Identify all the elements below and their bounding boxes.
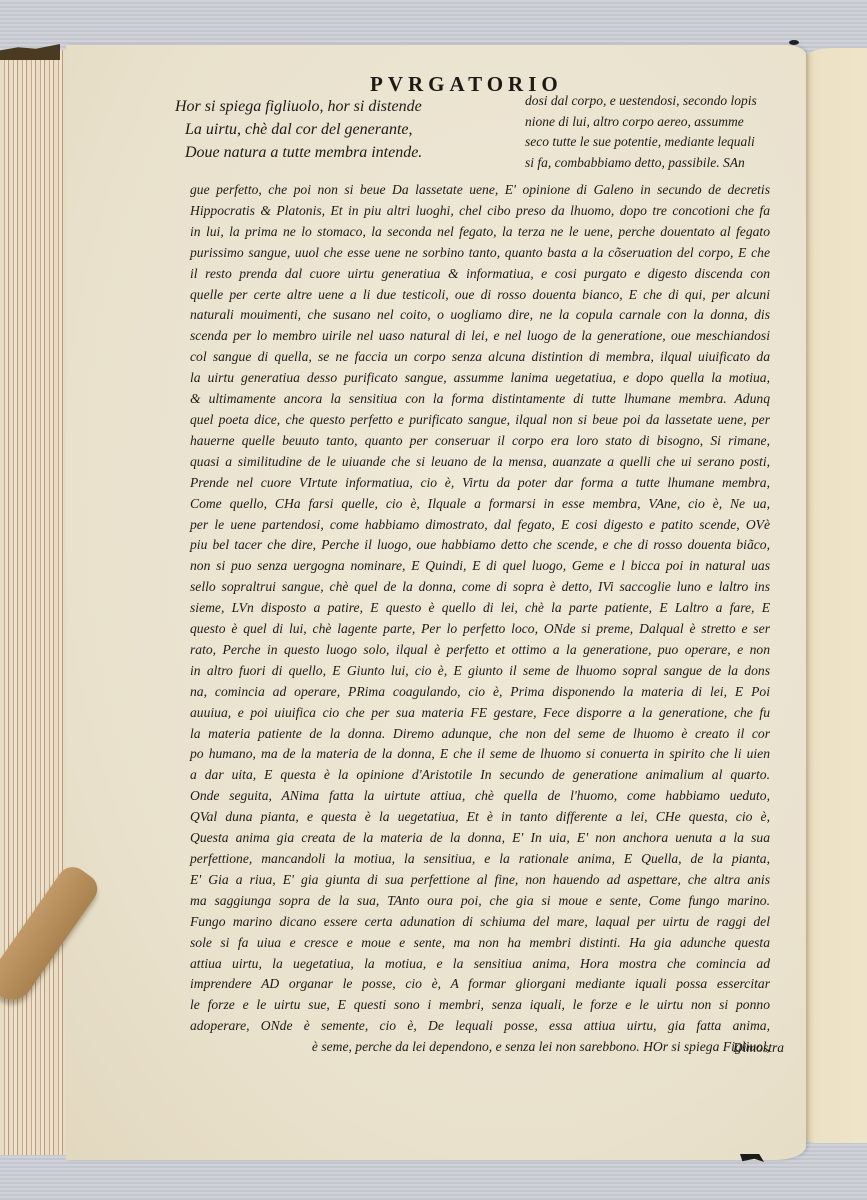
commentary-line: Hippocratis & Platonis, Et in piu altri … — [190, 201, 770, 222]
commentary-line: in lui, la prima ne lo stomaco, la secon… — [190, 222, 770, 243]
commentary-line: hauerne quelle beuuto tanto, quanto per … — [190, 431, 770, 452]
commentary-line: si fa, combabbiamo detto, passibile. SAn — [525, 153, 770, 174]
commentary-line: quel poeta dice, che questo perfetto e p… — [190, 410, 770, 431]
commentary-line: la materia patiente de la donna. Diremo … — [190, 724, 770, 745]
commentary-line: Onde seguita, ANima fatta la uirtute att… — [190, 786, 770, 807]
commentary-line: le forze e le uirtu sue, E questi sono i… — [190, 995, 770, 1016]
commentary-line: Prende nel cuore VIrtute informatiua, ci… — [190, 473, 770, 494]
commentary-line: il resto prenda dal cuore uirtu generati… — [190, 264, 770, 285]
commentary-line: sieme, LVn disposto a patire, E questo è… — [190, 598, 770, 619]
commentary-line: Fungo marino dicano essere certa adunati… — [190, 912, 770, 933]
commentary-line: ma saggiunga sopra de la sua, TAnto oura… — [190, 891, 770, 912]
commentary-line: quasi a similitudine de le uiuande che s… — [190, 452, 770, 473]
commentary-line: & ultimamente ancora la sensitiua con la… — [190, 389, 770, 410]
commentary-top-column: dosi dal corpo, e uestendosi, secondo lo… — [525, 91, 770, 173]
verse-line: Hor si spiega figliuolo, hor si distende — [175, 95, 505, 118]
commentary-line: piu bel tacer che dire, Perche il luogo,… — [190, 535, 770, 556]
commentary-line: sello sopraltrui sangue, chè quel de la … — [190, 577, 770, 598]
verse-line: Doue natura a tutte membra intende. — [175, 141, 505, 164]
commentary-line: perfettione, mancandoli la motiua, la se… — [190, 849, 770, 870]
commentary-line: nione di lui, altro corpo aereo, assumme — [525, 112, 770, 133]
commentary-line: rato, Perche in questo luogo solo, ilqua… — [190, 640, 770, 661]
commentary-line: imprendere AD organar le posse, cio è, A… — [190, 974, 770, 995]
commentary-line: la uirtu generatiua desso purificato san… — [190, 368, 770, 389]
ink-blot-top — [789, 40, 799, 45]
commentary-body: gue perfetto, che poi non si beue Da las… — [190, 180, 770, 1058]
commentary-line: naturali mouimenti, che susano nel coito… — [190, 305, 770, 326]
commentary-line: E' Gia a riua, E' gia giunta di sua perf… — [190, 870, 770, 891]
commentary-line: purissimo sangue, uuol che esse uene ne … — [190, 243, 770, 264]
commentary-line: na, comincia ad operare, PRima coaguland… — [190, 682, 770, 703]
commentary-line: Come quello, CHa farsi quelle, cio è, Il… — [190, 494, 770, 515]
commentary-line: non si puo senza uergogna nominare, E Qu… — [190, 556, 770, 577]
commentary-line: adoperare, ONde è semente, cio è, De leq… — [190, 1016, 770, 1037]
commentary-line: per le uene partendosi, come habbiamo di… — [190, 515, 770, 536]
commentary-line: scenda per lo membro uirile nel uaso nat… — [190, 326, 770, 347]
facing-page-edge — [805, 48, 867, 1143]
commentary-line: attiua uirtu, la uegetatiua, la motiua, … — [190, 954, 770, 975]
verse-block: Hor si spiega figliuolo, hor si distende… — [175, 95, 505, 164]
commentary-line: QVal duna pianta, e questa è la uegetati… — [190, 807, 770, 828]
commentary-line: gue perfetto, che poi non si beue Da las… — [190, 180, 770, 201]
commentary-line: quelle per certe altre uene a li due tes… — [190, 285, 770, 306]
commentary-line: po humano, ma de la materia de la donna,… — [190, 744, 770, 765]
commentary-line: col sangue di quella, se ne faccia un co… — [190, 347, 770, 368]
commentary-line: auuiua, e poi uiuifica cio che per sua m… — [190, 703, 770, 724]
commentary-line: a dar uita, E questa è la opinione d'Ari… — [190, 765, 770, 786]
commentary-line: questo è quel di lui, chè lagente parte,… — [190, 619, 770, 640]
catchword: Dimostra — [733, 1040, 784, 1056]
commentary-line: è seme, perche da lei dependono, e senza… — [190, 1037, 770, 1058]
commentary-line: in altro fuori di quello, E Giunto lui, … — [190, 661, 770, 682]
commentary-line: Questa anima gia creata de la materia de… — [190, 828, 770, 849]
verse-line: La uirtu, chè dal cor del generante, — [175, 118, 505, 141]
commentary-line: seco tutte le sue potentie, mediante leq… — [525, 132, 770, 153]
commentary-line: dosi dal corpo, e uestendosi, secondo lo… — [525, 91, 770, 112]
commentary-line: sole si fa uiua e cresce e moue e sente,… — [190, 933, 770, 954]
